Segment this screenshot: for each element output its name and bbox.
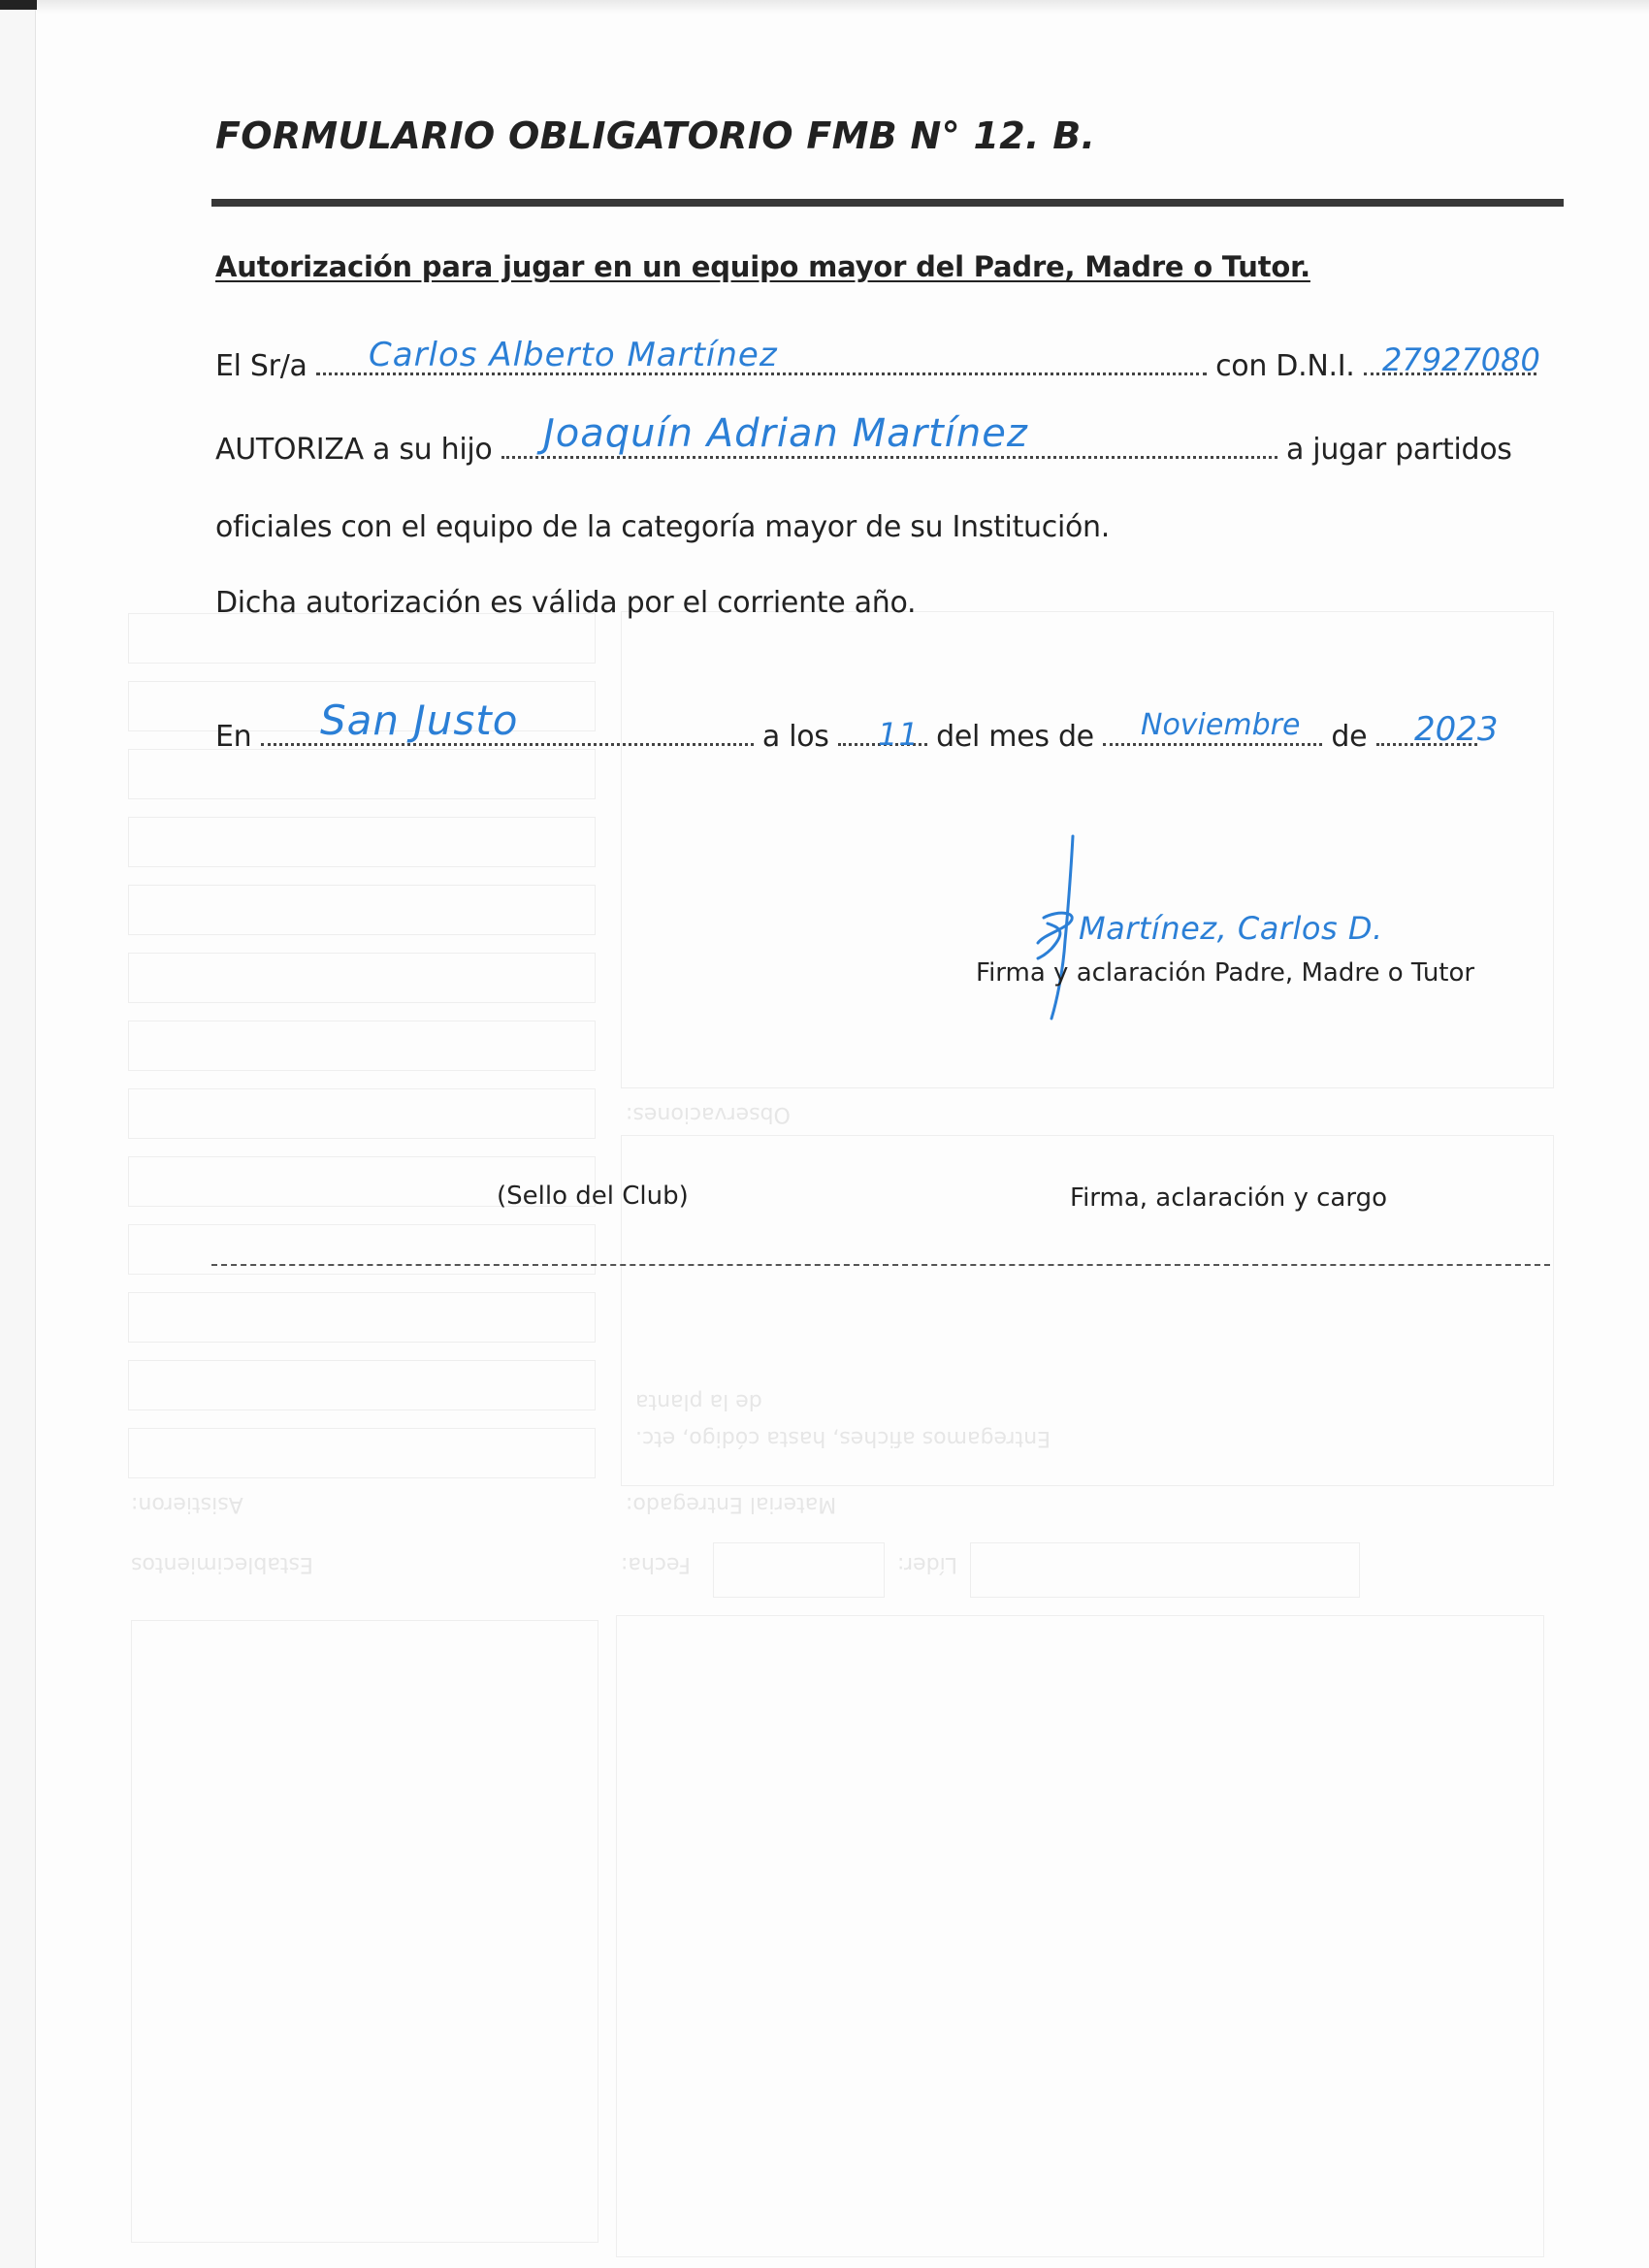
title-rule	[211, 199, 1564, 207]
label-guardian-signature: Firma y aclaración Padre, Madre o Tutor	[976, 958, 1474, 988]
ghost-box	[128, 749, 596, 799]
handwritten-place: San Justo	[320, 697, 518, 744]
handwritten-dni: 27927080	[1382, 341, 1540, 378]
field-child-name[interactable]	[501, 456, 1277, 459]
ghost-box	[128, 885, 596, 935]
ghost-box	[131, 1620, 598, 2243]
label-en: En	[215, 720, 251, 754]
ghost-box	[128, 1360, 596, 1410]
ghost-box	[128, 817, 596, 867]
label-dni: con D.N.I.	[1215, 349, 1354, 383]
text-validity: Dicha autorización es válida por el corr…	[215, 586, 916, 620]
ghost-box	[128, 1428, 596, 1478]
scan-top-shadow	[37, 0, 1649, 14]
ghost-text: Observaciones:	[626, 1102, 791, 1126]
text-official-matches: oficiales con el equipo de la categoría …	[215, 510, 1110, 544]
handwritten-month: Noviembre	[1141, 708, 1300, 742]
handwritten-guardian-name: Carlos Alberto Martínez	[369, 336, 778, 374]
handwritten-guardian-signature: Martínez, Carlos D.	[1079, 910, 1383, 947]
label-sr: El Sr/a	[215, 349, 307, 383]
form-subtitle: Autorización para jugar en un equipo may…	[215, 250, 1310, 283]
ghost-text: Establecimientos	[131, 1552, 313, 1576]
ghost-box	[128, 1021, 596, 1071]
ghost-box	[128, 613, 596, 664]
label-del-mes: del mes de	[936, 720, 1094, 754]
ghost-box	[128, 953, 596, 1003]
scan-left-edge	[0, 0, 36, 2268]
ghost-box	[128, 1088, 596, 1139]
field-month[interactable]	[1103, 743, 1322, 746]
ghost-text: Líder:	[897, 1552, 957, 1576]
label-club-signature: Firma, aclaración y cargo	[1070, 1183, 1387, 1213]
ghost-box	[128, 1292, 596, 1343]
handwritten-child-name: Joaquín Adrian Martínez	[543, 411, 1028, 456]
label-de: de	[1331, 720, 1367, 754]
ghost-box	[128, 1224, 596, 1275]
label-club-seal: (Sello del Club)	[497, 1182, 689, 1211]
ghost-box	[970, 1542, 1360, 1598]
ghost-text: Fecha:	[621, 1552, 691, 1576]
ghost-box	[616, 1615, 1544, 2257]
ghost-text: de la planta	[635, 1389, 762, 1413]
ghost-text: Asistieron:	[131, 1492, 243, 1516]
ghost-box	[713, 1542, 885, 1598]
ghost-text: Material Entregado:	[626, 1492, 836, 1516]
label-autoriza: AUTORIZA a su hijo	[215, 433, 492, 467]
form-title: FORMULARIO OBLIGATORIO FMB N° 12. B.	[215, 114, 1095, 157]
cut-line-divider	[211, 1264, 1550, 1266]
ghost-text: Entregamos afiches, hasta código, etc.	[635, 1426, 1051, 1450]
label-jugar-partidos: a jugar partidos	[1286, 433, 1512, 467]
label-a-los: a los	[762, 720, 829, 754]
handwritten-day: 11	[878, 716, 920, 753]
handwritten-year: 2023	[1414, 710, 1499, 749]
scan-corner-shadow	[0, 0, 37, 10]
